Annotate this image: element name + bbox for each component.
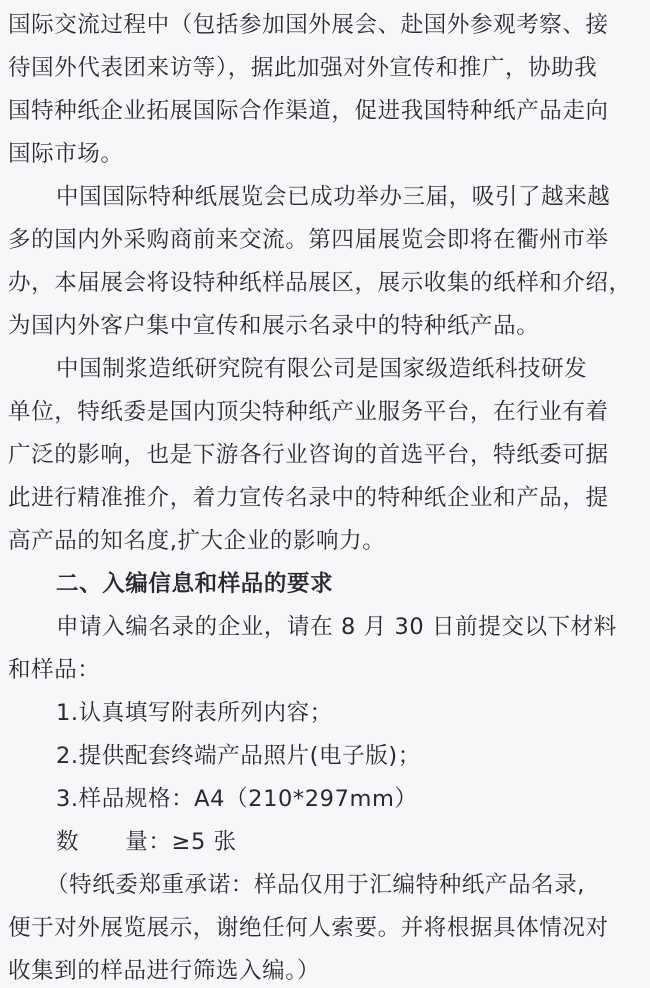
note-line-2: 便于对外展览展示，谢绝任何人索要。并将根据具体情况对 <box>8 914 609 942</box>
paragraph-2-line-1: 中国国际特种纸展览会已成功举办三届，吸引了越来越 <box>56 183 610 211</box>
paragraph-4-line-2: 和样品： <box>8 656 100 684</box>
paragraph-3-line-2: 单位，特纸委是国内顶尖特种纸产业服务平台，在行业有着 <box>8 398 609 426</box>
requirement-item-2: 2.提供配套终端产品照片(电子版)； <box>56 742 421 770</box>
section-heading: 二、入编信息和样品的要求 <box>56 570 333 598</box>
paragraph-4-line-1: 申请入编名录的企业，请在 8 月 30 日前提交以下材料 <box>56 613 617 641</box>
paragraph-2-line-4: 为国内外客户集中宣传和展示名录中的特种纸产品。 <box>8 312 539 340</box>
paragraph-3-line-4: 此进行精准推介，着力宣传名录中的特种纸企业和产品，提 <box>8 484 609 512</box>
document-page: 国际交流过程中（包括参加国外展会、赴国外参观考察、接 待国外代表团来访等），据此… <box>0 0 650 988</box>
paragraph-3-line-3: 广泛的影响，也是下游各行业咨询的首选平台，特纸委可据 <box>8 441 609 469</box>
paragraph-3-line-1: 中国制浆造纸研究院有限公司是国家级造纸科技研发 <box>56 355 587 383</box>
paragraph-3-line-5: 高产品的知名度,扩大企业的影响力。 <box>8 527 385 555</box>
requirement-item-3: 3.样品规格：A4（210*297mm） <box>56 785 418 813</box>
paragraph-1-line-1: 国际交流过程中（包括参加国外展会、赴国外参观考察、接 <box>8 11 609 39</box>
requirement-item-1: 1.认真填写附表所列内容； <box>56 699 333 727</box>
paragraph-1-line-2: 待国外代表团来访等），据此加强对外宣传和推广，协助我 <box>8 54 597 82</box>
paragraph-1-line-4: 国际市场。 <box>8 140 124 168</box>
requirement-quantity: 数 量：≥5 张 <box>56 828 237 856</box>
paragraph-2-line-3: 办，本届展会将设特种纸样品展区，展示收集的纸样和介绍， <box>8 269 632 297</box>
paragraph-1-line-3: 国特种纸企业拓展国际合作渠道，促进我国特种纸产品走向 <box>8 97 609 125</box>
note-line-1: （特纸委郑重承诺：样品仅用于汇编特种纸产品名录, <box>46 871 585 899</box>
note-line-3: 收集到的样品进行筛选入编。） <box>8 957 320 985</box>
paragraph-2-line-2: 多的国内外采购商前来交流。第四届展览会即将在衢州市举 <box>8 226 609 254</box>
